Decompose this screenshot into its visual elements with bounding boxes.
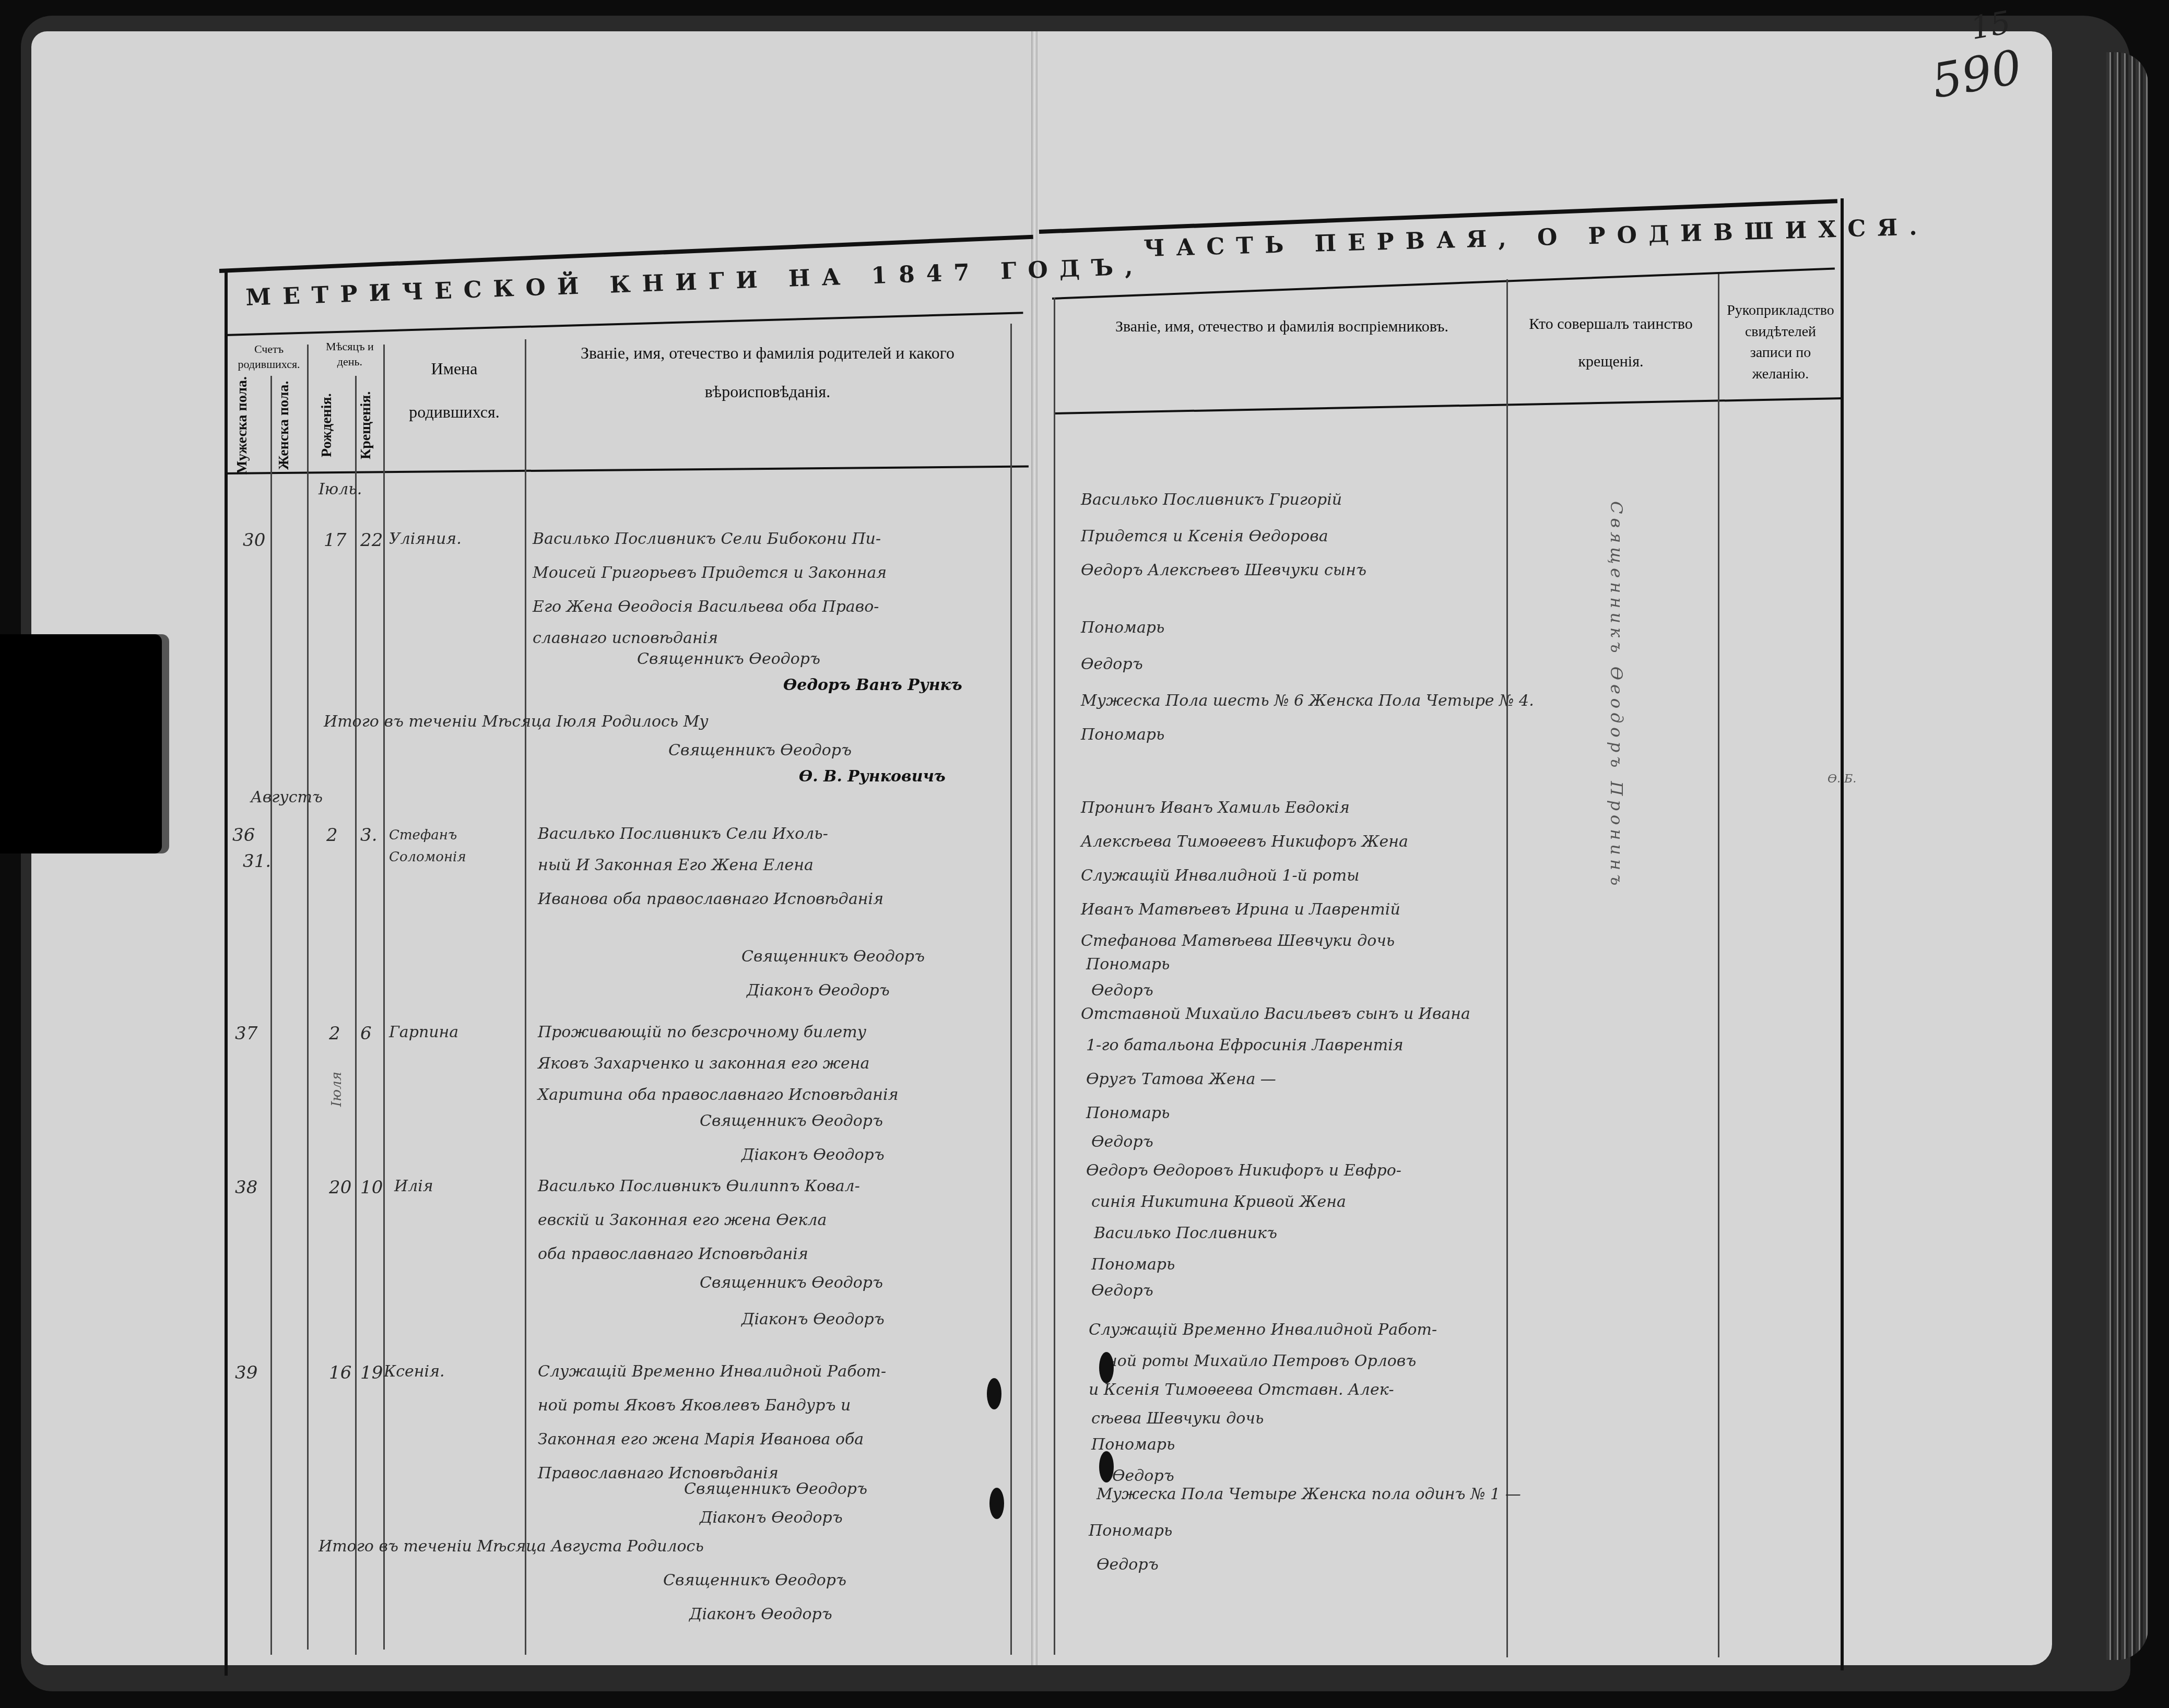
black-tab-marker [0, 634, 162, 853]
month-marker: Августъ [251, 788, 323, 806]
clerk-signature: Діаконъ Ѳеодоръ [700, 1509, 843, 1527]
clerk-signature: Ѳ. В. Рунковичъ [799, 767, 946, 786]
clerk-signature: Ѳедоръ Ванъ Рункъ [783, 676, 962, 694]
entry-baptism-day: 10 [360, 1177, 383, 1198]
entry-baptism-day: 3. [360, 825, 377, 846]
godparents-line: Служащій Временно Инвалидной Работ- [1089, 1321, 1437, 1339]
entry-male-no: 37 [235, 1023, 257, 1044]
godparents-line: Ѳедоръ Ѳедоровъ Никифоръ и Евфро- [1086, 1161, 1401, 1180]
clerk-signature: Діаконъ Ѳеодоръ [747, 981, 890, 1000]
month-summary: Итого въ теченіи Мѣсяца Іюля Родилось Му [324, 713, 709, 731]
entry-parents-line: Проживающій по безсрочному билету [538, 1023, 866, 1041]
header-names: Имена родившихся. [389, 347, 520, 434]
entry-male-no: 36 [232, 825, 255, 846]
godparents-line: Ѳругъ Татова Жена — [1086, 1070, 1276, 1088]
sexton-signature: Пономарь [1081, 619, 1164, 637]
ink-blot [989, 1488, 1004, 1519]
entry-parents-line: евскій и Законная его жена Ѳекла [538, 1211, 827, 1229]
header-witness-sign: Рукоприкладство свидѣтелей записи по жел… [1723, 300, 1838, 385]
entry-child-name: Стефанъ Соломонія [389, 825, 525, 868]
col-divider [383, 345, 385, 1650]
sexton-signature: Пономарь [1081, 726, 1164, 744]
godparents-line: Ѳедоръ Алексѣевъ Шевчуки сынъ [1081, 561, 1366, 579]
entry-child-name: Уліяния. [389, 530, 462, 548]
godparents-line: Пронинъ Иванъ Хамиль Евдокія [1081, 799, 1350, 817]
entry-parents-line: Законная его жена Марія Иванова оба [538, 1430, 864, 1449]
col-divider [1718, 274, 1719, 1657]
entry-parents-line: Василько Посливникъ Сели Бибокони Пи- [533, 530, 881, 548]
entry-parents-line: Василько Посливникъ Сели Ихоль- [538, 825, 828, 843]
header-parents: Званіе, имя, отечество и фамилія родител… [538, 334, 997, 411]
header-godparents: Званіе, имя, отечество и фамилія воспріе… [1076, 308, 1488, 346]
right-border [1841, 198, 1844, 1670]
entry-parents-line: Василько Посливникъ Ѳилиппъ Ковал- [538, 1177, 860, 1195]
entry-birth-day: 2 [326, 825, 338, 846]
signature: Ѳедоръ [1091, 981, 1153, 1000]
entry-parents-line: Харитина оба православнаго Исповѣданія [538, 1086, 899, 1104]
clerk-signature: Діаконъ Ѳеодоръ [741, 1310, 885, 1329]
entry-birth-day: 17 [324, 530, 346, 551]
priest-signature: Священникъ Ѳеодоръ [741, 947, 925, 966]
entry-birth-day: 20 [329, 1177, 351, 1198]
godparents-line: Служащій Инвалидной 1-й роты [1081, 867, 1360, 885]
entry-baptism-day: 19 [360, 1362, 383, 1383]
page-edges [2106, 52, 2148, 1660]
ink-blot [987, 1378, 1001, 1409]
initials-note: Ѳ. Б. [1828, 773, 1856, 786]
godparents-line: синія Никитина Кривой Жена [1091, 1193, 1346, 1211]
col-divider [307, 345, 309, 1650]
signature: Ѳедоръ [1091, 1133, 1153, 1151]
godparents-line: Василько Посливникъ [1094, 1224, 1277, 1242]
entry-parents-line: ный И Законная Его Жена Елена [538, 856, 814, 874]
entry-child-name: Илія [394, 1177, 433, 1195]
entry-birth-day: 16 [329, 1362, 351, 1383]
margin-note: Іюля [329, 1072, 345, 1107]
godparents-line: Стефанова Матвѣева Шевчуки дочь [1081, 932, 1395, 950]
clerk-signature: Діаконъ Ѳеодоръ [741, 1146, 885, 1164]
priest-signature: Священникъ Ѳеодоръ [663, 1571, 846, 1590]
entry-baptism-day: 22 [360, 530, 383, 551]
entry-parents-line: Служащій Временно Инвалидной Работ- [538, 1362, 886, 1381]
godparents-line: Отставной Михайло Васильевъ сынъ и Ивана [1081, 1005, 1470, 1023]
signature: Ѳедоръ [1112, 1467, 1174, 1485]
entry-child-name: Гарпина [389, 1023, 458, 1041]
entry-parents-line: Яковъ Захарченко и законная его жена [538, 1054, 869, 1073]
godparents-line: 1-го батальона Ефросинія Лаврентія [1086, 1036, 1404, 1054]
godparents-line: и Ксенія Тимоѳеева Отставн. Алек- [1089, 1381, 1394, 1399]
col-divider [525, 339, 526, 1655]
godparents-line: Придется и Ксенія Ѳедорова [1081, 527, 1328, 545]
folio-sub-number: 15 [1968, 4, 2013, 47]
col-divider [355, 376, 357, 1655]
header-month-day-group: Мѣсяцъ и день. [313, 339, 386, 369]
signature: Ѳедоръ [1097, 1556, 1159, 1574]
header-count-group: Счетъ родившихся. [230, 342, 308, 372]
entry-parents-line: славнаго исповѣданія [533, 629, 718, 647]
left-border [225, 271, 228, 1676]
priest-signature: Священникъ Ѳеодоръ [637, 650, 820, 668]
entry-baptism-day: 6 [360, 1023, 372, 1044]
godparents-line: сѣева Шевчуки дочь [1091, 1409, 1264, 1428]
col-divider [1506, 279, 1508, 1657]
header-birth: Рожденія. [319, 376, 339, 475]
month-summary: Мужеска Пола Четыре Женска пола одинъ № … [1097, 1485, 1521, 1503]
entry-male-no: 38 [235, 1177, 257, 1198]
ink-blot [1099, 1451, 1114, 1482]
godparents-line: Василько Посливникъ Григорій [1081, 491, 1342, 509]
entry-parents-line: Его Жена Ѳеодосія Васильева оба Право- [533, 598, 879, 616]
vertical-officiant-note: Священникъ Ѳеодоръ Пронинъ [1607, 501, 1626, 889]
sexton-signature: Пономарь [1091, 1255, 1175, 1274]
priest-signature: Священникъ Ѳеодоръ [700, 1274, 883, 1292]
col-divider [1054, 298, 1055, 1655]
ink-blot [1099, 1352, 1114, 1383]
entry-male-no: 39 [235, 1362, 257, 1383]
clerk-signature: Діаконъ Ѳеодоръ [689, 1605, 832, 1623]
month-marker: Іюль. [319, 480, 362, 499]
month-summary: Итого въ теченіи Мѣсяца Августа Родилось [319, 1537, 704, 1556]
godparents-line: Иванъ Матвѣевъ Ирина и Лаврентій [1081, 900, 1400, 919]
godparents-line: ной роты Михайло Петровъ Орловъ [1107, 1352, 1416, 1370]
sexton-signature: Пономарь [1089, 1522, 1172, 1540]
sexton-signature: Пономарь [1086, 1104, 1170, 1122]
month-summary: Мужеска Пола шесть № 6 Женска Пола Четыр… [1081, 692, 1534, 710]
col-divider [1010, 324, 1012, 1655]
priest-signature: Священникъ Ѳеодоръ [668, 741, 852, 760]
entry-parents-line: ной роты Яковъ Яковлевъ Бандуръ и [538, 1396, 851, 1415]
entry-male-no: 30 [243, 530, 265, 551]
entry-parents-line: оба православнаго Исповѣданія [538, 1245, 808, 1263]
header-male: Мужеска пола. [234, 376, 265, 475]
col-divider [270, 376, 272, 1655]
signature: Ѳедоръ [1081, 655, 1143, 673]
sexton-signature: Пономарь [1091, 1436, 1175, 1454]
header-female: Женска пола. [276, 376, 307, 475]
entry-female-no: 31. [243, 851, 271, 872]
entry-child-name: Ксенія. [384, 1362, 445, 1381]
sexton-signature: Пономарь [1086, 955, 1170, 974]
entry-parents-line: Иванова оба православнаго Исповѣданія [538, 890, 883, 908]
priest-signature: Священникъ Ѳеодоръ [700, 1112, 883, 1130]
priest-signature: Священникъ Ѳеодоръ [684, 1480, 867, 1498]
entry-parents-line: Моисей Григорьевъ Придется и Законная [533, 564, 887, 582]
entry-birth-day: 2 [329, 1023, 340, 1044]
signature: Ѳедоръ [1091, 1282, 1153, 1300]
header-baptism: Крещенія. [358, 376, 379, 475]
godparents-line: Алексѣева Тимоѳеевъ Никифоръ Жена [1081, 833, 1408, 851]
header-officiant: Кто совершалъ таинство крещенія. [1514, 305, 1707, 381]
